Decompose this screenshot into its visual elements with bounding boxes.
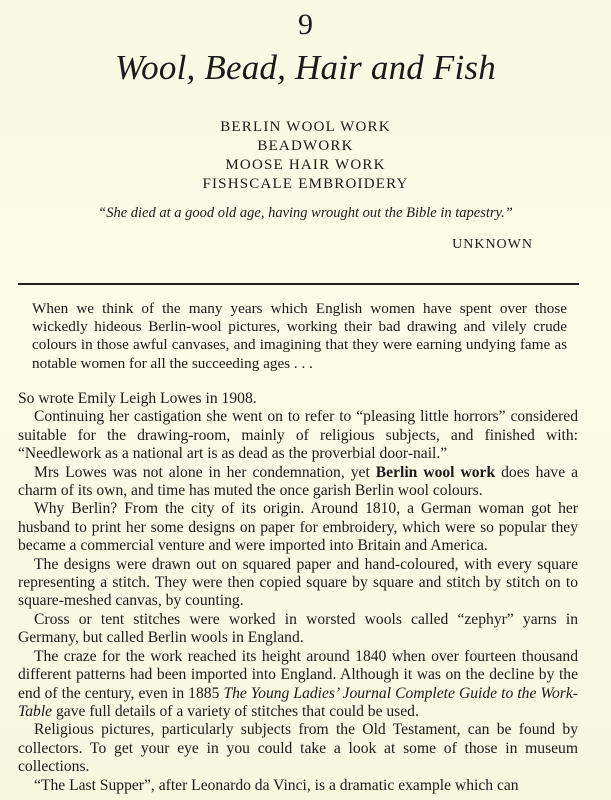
- paragraph: The designs were drawn out on squared pa…: [18, 556, 578, 611]
- horizontal-rule: [18, 283, 579, 285]
- text-run: gave full details of a variety of stitch…: [52, 703, 419, 720]
- chapter-contents-list: BERLIN WOOL WORK BEADWORK MOOSE HAIR WOR…: [0, 118, 611, 194]
- chapter-number: 9: [0, 8, 611, 42]
- block-quote: When we think of the many years which En…: [32, 300, 567, 373]
- contents-item: FISHSCALE EMBROIDERY: [0, 175, 611, 194]
- paragraph: Why Berlin? From the city of its origin.…: [18, 500, 578, 555]
- contents-item: MOOSE HAIR WORK: [0, 156, 611, 175]
- body-text: So wrote Emily Leigh Lowes in 1908. Cont…: [18, 390, 578, 795]
- epigraph-quote: “She died at a good old age, having wrou…: [0, 204, 611, 222]
- paragraph: Religious pictures, particularly subject…: [18, 721, 578, 776]
- epigraph-attribution: UNKNOWN: [452, 236, 533, 254]
- contents-item: BERLIN WOOL WORK: [0, 118, 611, 137]
- paragraph: Cross or tent stitches were worked in wo…: [18, 611, 578, 648]
- book-page: 9 Wool, Bead, Hair and Fish BERLIN WOOL …: [0, 0, 611, 800]
- paragraph: Mrs Lowes was not alone in her condemnat…: [18, 464, 578, 501]
- paragraph: The craze for the work reached its heigh…: [18, 648, 578, 722]
- bold-term: Berlin wool work: [376, 464, 495, 481]
- contents-item: BEADWORK: [0, 137, 611, 156]
- paragraph: “The Last Supper”, after Leonardo da Vin…: [18, 777, 578, 795]
- chapter-title: Wool, Bead, Hair and Fish: [0, 48, 611, 88]
- paragraph: So wrote Emily Leigh Lowes in 1908.: [18, 390, 578, 408]
- paragraph: Continuing her castigation she went on t…: [18, 408, 578, 463]
- text-run: Mrs Lowes was not alone in her condemnat…: [34, 464, 376, 481]
